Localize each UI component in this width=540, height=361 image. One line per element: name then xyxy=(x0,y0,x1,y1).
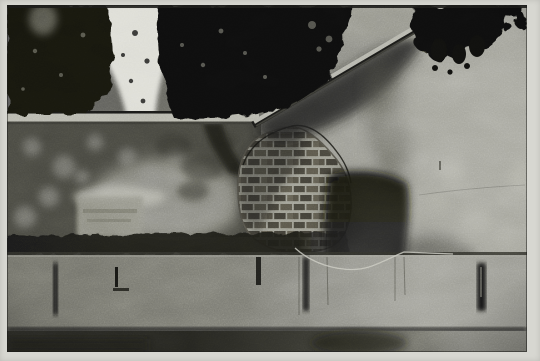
photo-canvas xyxy=(7,5,527,352)
print-paper-border xyxy=(0,0,540,361)
photograph xyxy=(7,5,527,352)
vignette-overlay xyxy=(7,5,527,352)
